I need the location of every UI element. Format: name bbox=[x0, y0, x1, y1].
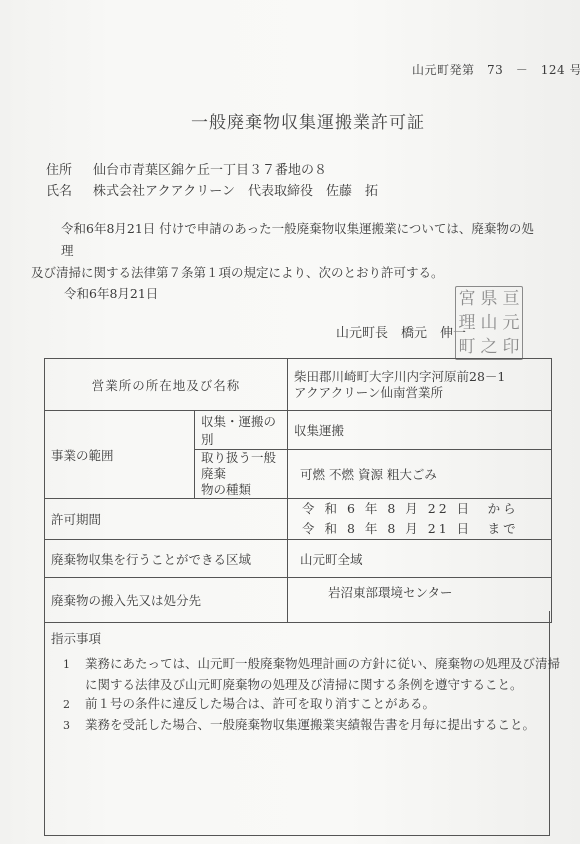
period-from: 令 和 6 年 8 月 22 日 から bbox=[302, 499, 545, 519]
table-row-collection-type: 事業の範囲 収集・運搬の別 収集運搬 bbox=[45, 411, 552, 450]
seal-char: 山 bbox=[478, 311, 500, 335]
document-number: 山元町発第 73 － 124 号 bbox=[412, 61, 580, 78]
document-title: 一般廃棄物収集運搬業許可証 bbox=[191, 108, 425, 133]
table-row-office: 営業所の所在地及び名称 柴田郡川崎町大字川内字河原前28－1 アクアクリーン仙南… bbox=[45, 359, 552, 411]
waste-types-label-line-1: 取り扱う一般廃棄 bbox=[201, 450, 281, 482]
scope-label: 事業の範囲 bbox=[45, 411, 195, 499]
instruction-item-1: 1業務にあたっては、山元町一般廃棄物処理計画の方針に従い、廃棄物の処理及び清掃 … bbox=[63, 654, 560, 695]
seal-char: 宮 bbox=[456, 287, 478, 311]
permit-statement: 令和6年8月21日 付けで申請のあった一般廃棄物収集運搬業については、廃棄物の処… bbox=[61, 218, 541, 284]
official-seal-icon: 亘 元 印 県 山 之 宮 理 町 bbox=[455, 286, 523, 360]
instruction-number: 1 bbox=[63, 655, 85, 675]
seal-char: 理 bbox=[456, 311, 478, 335]
address-label: 住所 bbox=[46, 159, 72, 178]
instruction-text: 業務にあたっては、山元町一般廃棄物処理計画の方針に従い、廃棄物の処理及び清掃 bbox=[85, 656, 560, 671]
permit-statement-line-1: 令和6年8月21日 付けで申請のあった一般廃棄物収集運搬業については、廃棄物の処… bbox=[61, 221, 534, 258]
name-value: 株式会社アクアクリーン 代表取締役 佐藤 拓 bbox=[93, 180, 378, 199]
collection-type-label: 収集・運搬の別 bbox=[195, 411, 288, 450]
seal-char: 県 bbox=[478, 287, 500, 311]
instruction-item-2: 2前１号の条件に違反した場合は、許可を取り消すことがある。 bbox=[63, 694, 435, 715]
instruction-text: 前１号の条件に違反した場合は、許可を取り消すことがある。 bbox=[85, 696, 435, 711]
table-row-area: 廃棄物収集を行うことができる区域 山元町全域 bbox=[45, 540, 552, 578]
instruction-number: 3 bbox=[63, 716, 85, 736]
permit-statement-line-2: 及び清掃に関する法律第７条第１項の規定により、次のとおり許可する。 bbox=[31, 262, 541, 284]
office-name: アクアクリーン仙南営業所 bbox=[294, 385, 545, 401]
instruction-number: 2 bbox=[63, 695, 85, 715]
waste-types-value: 可燃 不燃 資源 粗大ごみ bbox=[288, 450, 552, 499]
instruction-text: 業務を受託した場合、一般廃棄物収集運搬業実績報告書を月毎に提出すること。 bbox=[85, 717, 535, 732]
seal-char: 町 bbox=[456, 335, 478, 359]
permit-document: 山元町発第 73 － 124 号 一般廃棄物収集運搬業許可証 住所 仙台市青葉区… bbox=[0, 0, 580, 844]
issue-date: 令和6年8月21日 bbox=[64, 284, 158, 302]
office-value: 柴田郡川崎町大字川内字河原前28－1 アクアクリーン仙南営業所 bbox=[288, 359, 552, 411]
area-label: 廃棄物収集を行うことができる区域 bbox=[45, 540, 288, 578]
table-row-period: 許可期間 令 和 6 年 8 月 22 日 から 令 和 8 年 8 月 21 … bbox=[45, 499, 552, 540]
instructions-box: 指示事項 1業務にあたっては、山元町一般廃棄物処理計画の方針に従い、廃棄物の処理… bbox=[44, 611, 550, 836]
seal-char: 元 bbox=[500, 311, 522, 335]
waste-types-label-line-2: 物の種類 bbox=[201, 482, 281, 498]
period-to: 令 和 8 年 8 月 21 日 まで bbox=[302, 519, 545, 539]
instruction-text-continued: に関する法律及び山元町廃棄物の処理及び清掃に関する条例を遵守すること。 bbox=[63, 675, 560, 695]
seal-char: 之 bbox=[478, 335, 500, 359]
seal-char: 亘 bbox=[500, 287, 522, 311]
period-label: 許可期間 bbox=[45, 499, 288, 540]
address-value: 仙台市青葉区錦ケ丘一丁目３７番地の８ bbox=[93, 159, 327, 178]
area-value: 山元町全域 bbox=[288, 540, 552, 578]
signer-name: 山元町長 橋元 伸一 bbox=[336, 322, 466, 341]
office-label: 営業所の所在地及び名称 bbox=[45, 359, 288, 411]
name-label: 氏名 bbox=[46, 180, 72, 199]
office-address: 柴田郡川崎町大字川内字河原前28－1 bbox=[294, 369, 545, 385]
instruction-item-3: 3業務を受託した場合、一般廃棄物収集運搬業実績報告書を月毎に提出すること。 bbox=[63, 715, 535, 736]
waste-types-label: 取り扱う一般廃棄 物の種類 bbox=[195, 450, 288, 499]
permit-details-table: 営業所の所在地及び名称 柴田郡川崎町大字川内字河原前28－1 アクアクリーン仙南… bbox=[44, 358, 552, 623]
period-value: 令 和 6 年 8 月 22 日 から 令 和 8 年 8 月 21 日 まで bbox=[288, 499, 552, 540]
instructions-title: 指示事項 bbox=[51, 629, 101, 647]
seal-char: 印 bbox=[500, 335, 522, 359]
collection-type-value: 収集運搬 bbox=[288, 411, 552, 450]
